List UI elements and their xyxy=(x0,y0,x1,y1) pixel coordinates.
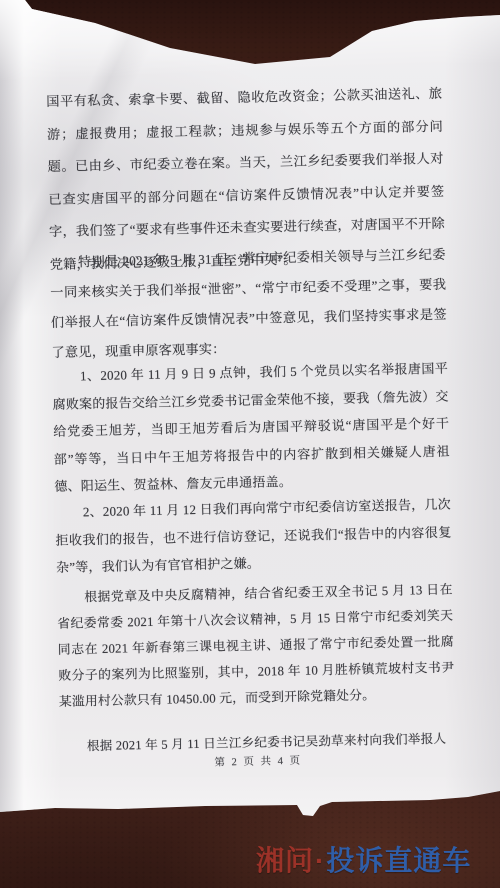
watermark-prefix: 湘问 xyxy=(256,845,314,876)
document-paragraph: 特别是 2021 年 5 月 31 日，常宁市纪委相关领导与兰江乡纪委一同来核实… xyxy=(49,240,447,368)
document-paragraph: 1、2020 年 11 月 9 日 9 点钟，我们 5 个党员以实名举报唐国平腐… xyxy=(52,355,451,501)
watermark-separator: · xyxy=(315,845,325,876)
document-text: 国平有私贪、索拿卡要、截留、隐收危改资金；公款买油送礼、旅游；虚报费用；虚报工程… xyxy=(46,78,457,786)
watermark-suffix: 投诉直通车 xyxy=(326,845,471,876)
photo-background: 国平有私贪、索拿卡要、截留、隐收危改资金；公款买油送礼、旅游；虚报费用；虚报工程… xyxy=(0,0,500,888)
watermark: 湘问·投诉直通车 xyxy=(256,844,496,878)
document-paragraph: 根据党章及中央反腐精神，结合省纪委王双全书记 5 月 13 日在省纪委常委 20… xyxy=(56,577,455,715)
paper-sheet: 国平有私贪、索拿卡要、截留、隐收危改资金；公款买油送礼、旅游；虚报费用；虚报工程… xyxy=(0,0,500,888)
document-paragraph: 2、2020 年 11 月 12 日我们再向常宁市纪委信访室送报告，几次拒收我们… xyxy=(55,491,453,582)
